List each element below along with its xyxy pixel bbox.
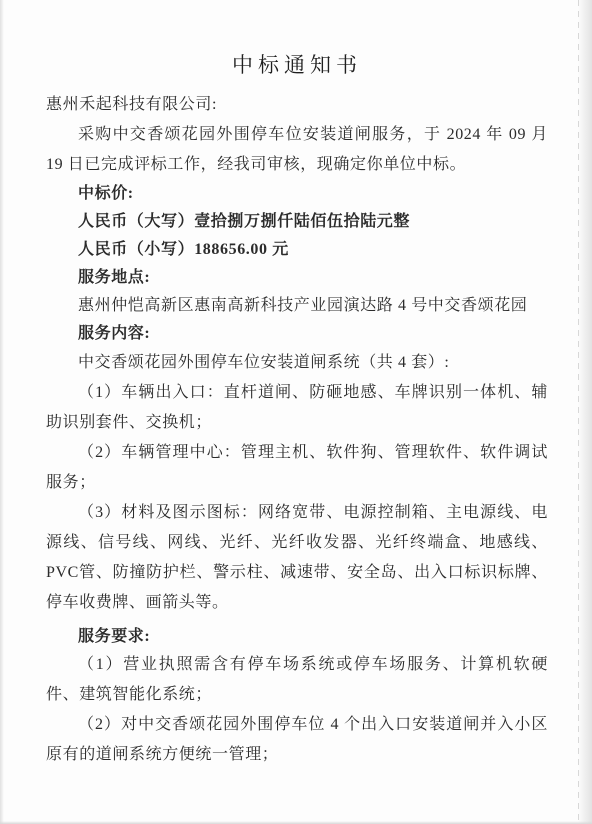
service-location-label: 服务地点: [46,264,548,292]
award-price-label: 中标价: [46,180,548,208]
service-requirement-item: （2）对中交香颂花园外围停车位 4 个出入口安装道闸并入小区原有的道闸系统方便统… [46,710,548,770]
document-content: 中标通知书 惠州禾起科技有限公司: 采购中交香颂花园外围停车位安装道闸服务，于 … [46,52,548,824]
scan-edge-right [578,0,592,824]
document-title: 中标通知书 [46,52,548,78]
price-in-words: 人民币（大写）壹拾捌万捌仟陆佰伍拾陆元整 [46,208,548,236]
service-content-intro: 中交香颂花园外围停车位安装道闸系统（共 4 套）: [46,348,548,378]
service-requirement-item: （1）营业执照需含有停车场系统或停车场服务、计算机软硬件、建筑智能化系统； [46,650,548,710]
scanned-document-page: 中标通知书 惠州禾起科技有限公司: 采购中交香颂花园外围停车位安装道闸服务，于 … [0,0,592,824]
scan-edge-left [0,0,4,824]
service-content-item: （3）材料及图示图标：网络宽带、电源控制箱、主电源线、电源线、信号线、网线、光纤… [46,498,548,618]
service-content-item: （1）车辆出入口：直杆道闸、防砸地感、车牌识别一体机、辅助识别套件、交换机； [46,378,548,438]
service-location-value: 惠州仲恺高新区惠南高新科技产业园演达路 4 号中交香颂花园 [46,292,548,320]
service-content-item: （2）车辆管理中心：管理主机、软件狗、管理软件、软件调试服务； [46,438,548,498]
price-in-figures: 人民币（小写）188656.00 元 [46,236,548,264]
recipient-line: 惠州禾起科技有限公司: [46,90,548,120]
intro-paragraph: 采购中交香颂花园外围停车位安装道闸服务，于 2024 年 09 月 19 日已完… [46,120,548,180]
scan-artifact-line [578,0,579,824]
service-requirements-label: 服务要求: [46,624,548,650]
service-content-label: 服务内容: [46,320,548,348]
